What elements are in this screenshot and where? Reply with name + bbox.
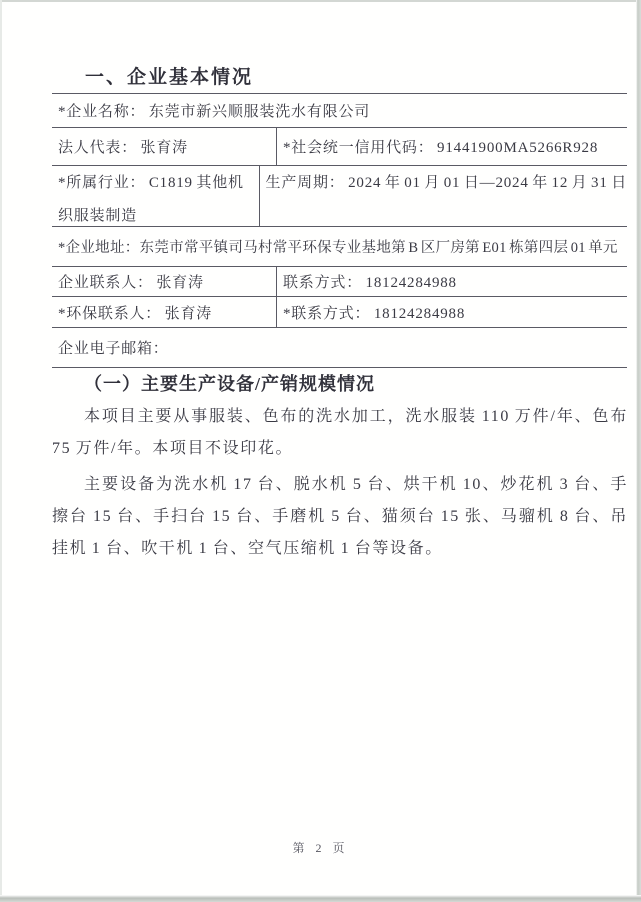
table-row-email: 企业电子邮箱： [52,328,627,368]
paragraph-main-equipment: 主要设备为洗水机 17 台、脱水机 5 台、烘干机 10、炒花机 3 台、手擦台… [52,469,628,565]
env-contact-cell: *环保联系人： 张育涛 [52,297,277,327]
document-page: 一、企业基本情况 *企业名称： 东莞市新兴顺服装洗水有限公司 法人代表： 张育涛… [0,0,641,902]
section-heading: （一）主要生产设备/产销规模情况 [84,370,375,396]
table-row-env-contact: *环保联系人： 张育涛 *联系方式： 18124284988 [52,297,627,328]
table-row-company-name: *企业名称： 东莞市新兴顺服装洗水有限公司 [52,94,627,128]
table-row-address: *企业地址：东莞市常平镇司马村常平环保专业基地第 B 区厂房第 E01 栋第四层… [52,227,627,267]
company-contact-cell: 企业联系人： 张育涛 [52,267,277,296]
industry-cell: *所属行业： C1819 其他机织服装制造 [52,166,260,226]
company-email-cell: 企业电子邮箱： [52,328,627,367]
page-title: 一、企业基本情况 [85,62,253,89]
company-info-table: *企业名称： 东莞市新兴顺服装洗水有限公司 法人代表： 张育涛 *社会统一信用代… [52,93,627,368]
table-row-company-contact: 企业联系人： 张育涛 联系方式： 18124284988 [52,267,627,297]
credit-code-cell: *社会统一信用代码： 91441900MA5266R928 [277,128,627,165]
company-name-cell: *企业名称： 东莞市新兴顺服装洗水有限公司 [52,94,627,127]
scan-edge-bottom [0,895,641,902]
env-contact-phone-cell: *联系方式： 18124284988 [277,297,627,327]
contact-phone-cell: 联系方式： 18124284988 [277,267,627,296]
legal-rep-cell: 法人代表： 张育涛 [52,128,277,165]
production-period-cell: 生产周期： 2024 年 01 月 01 日—2024 年 12 月 31 日 [260,166,627,226]
company-address-cell: *企业地址：东莞市常平镇司马村常平环保专业基地第 B 区厂房第 E01 栋第四层… [52,227,627,266]
table-row-industry: *所属行业： C1819 其他机织服装制造 生产周期： 2024 年 01 月 … [52,166,627,227]
section-body: 本项目主要从事服装、色布的洗水加工，洗水服装 110 万件/年、色布 75 万件… [52,401,628,565]
page-number: 第 2 页 [0,839,641,856]
scan-edge-right [636,0,641,902]
scan-edge-left [0,0,2,902]
table-row-legal-rep: 法人代表： 张育涛 *社会统一信用代码： 91441900MA5266R928 [52,128,627,166]
scan-edge-top [0,0,641,2]
paragraph-production-scale: 本项目主要从事服装、色布的洗水加工，洗水服装 110 万件/年、色布 75 万件… [52,401,628,465]
